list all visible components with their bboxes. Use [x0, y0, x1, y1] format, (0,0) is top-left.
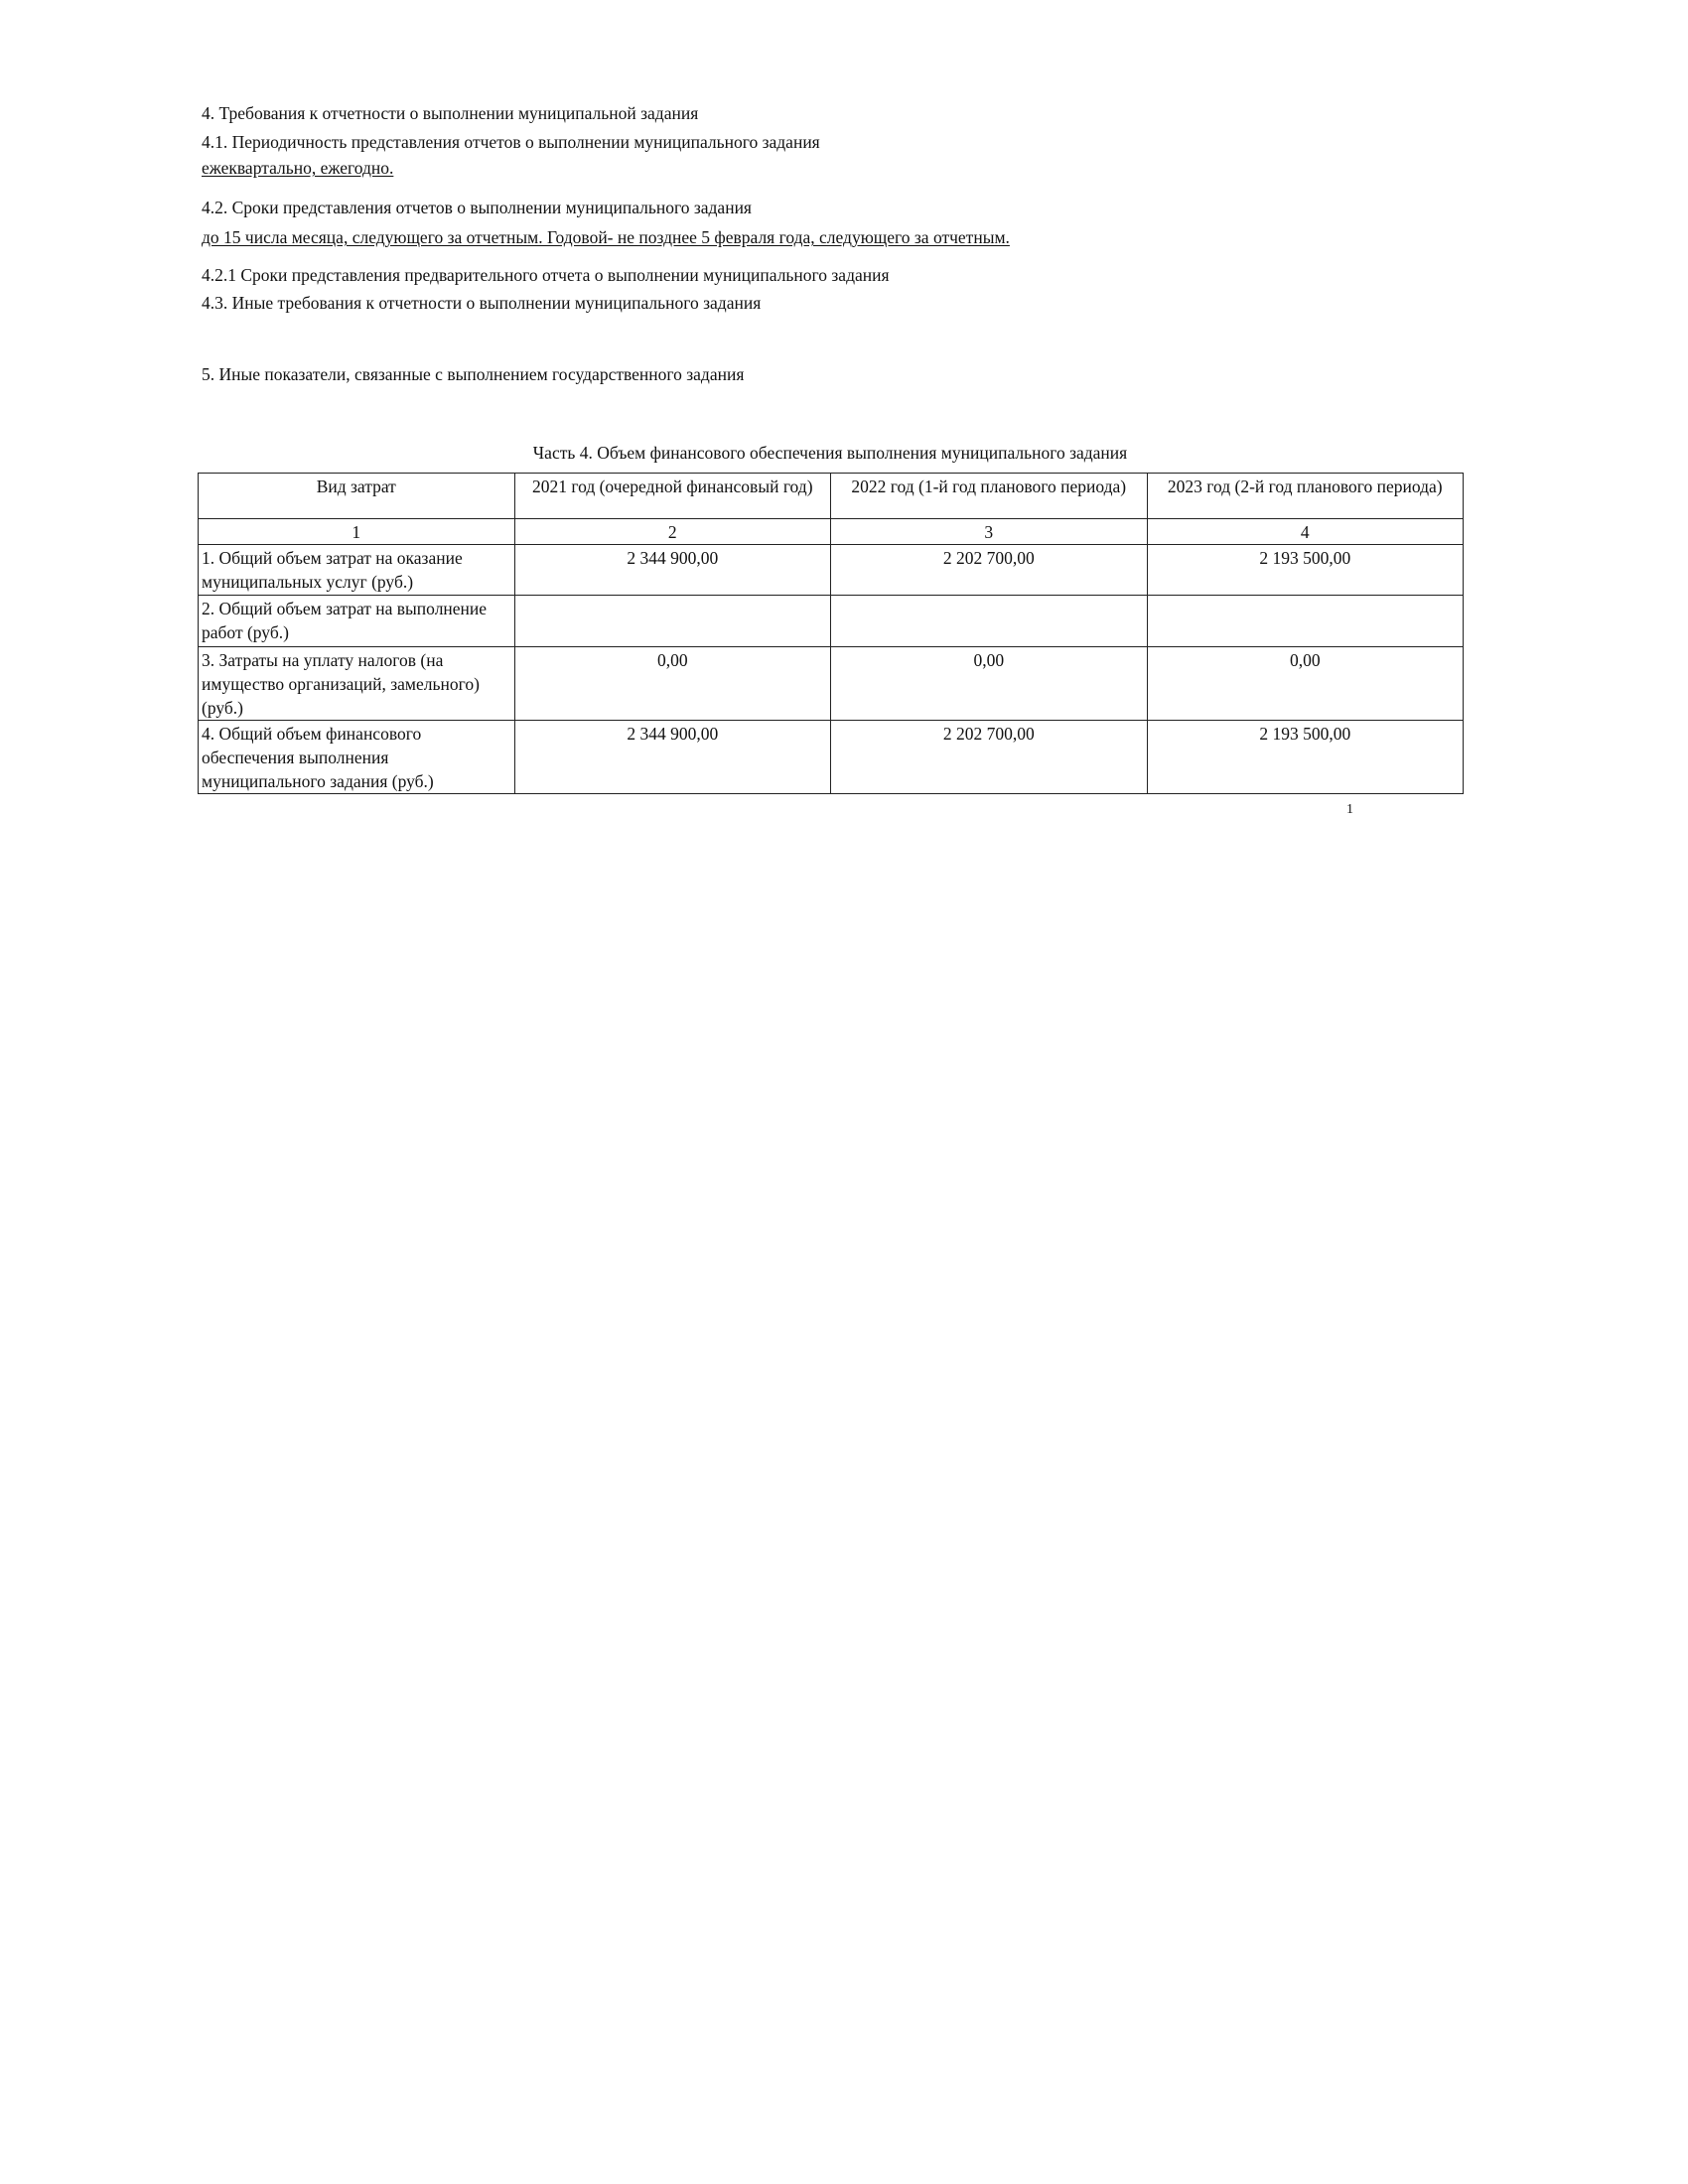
row-label: 1. Общий объем затрат на оказание муници…: [199, 545, 515, 596]
table-row: 3. Затраты на уплату налогов (на имущест…: [199, 647, 1464, 721]
value-2022: 2 202 700,00: [831, 721, 1148, 794]
column-number-row: 1 2 3 4: [199, 519, 1464, 545]
value-2023: 2 193 500,00: [1147, 545, 1464, 596]
other-requirements-label: 4.3. Иные требования к отчетности о выпо…: [202, 293, 761, 313]
header-cost-type: Вид затрат: [199, 474, 515, 519]
periodicity-value: ежеквартально, ежегодно.: [202, 158, 393, 178]
value-2023: 0,00: [1147, 647, 1464, 721]
value-2022: 0,00: [831, 647, 1148, 721]
preliminary-report-label: 4.2.1 Сроки представления предварительно…: [202, 265, 890, 285]
periodicity-label: 4.1. Периодичность представления отчетов…: [202, 132, 820, 152]
deadlines-label: 4.2. Сроки представления отчетов о выпол…: [202, 198, 752, 217]
column-number: 4: [1147, 519, 1464, 545]
value-2022: 2 202 700,00: [831, 545, 1148, 596]
section-5-title: 5. Иные показатели, связанные с выполнен…: [202, 364, 744, 384]
section-4-title: 4. Требования к отчетности о выполнении …: [202, 103, 698, 123]
value-2023: 2 193 500,00: [1147, 721, 1464, 794]
header-2021: 2021 год (очередной финансовый год): [514, 474, 831, 519]
value-2022: [831, 596, 1148, 647]
row-label: 2. Общий объем затрат на выполнение рабо…: [199, 596, 515, 647]
page-number: 1: [1346, 802, 1353, 818]
column-number: 1: [199, 519, 515, 545]
value-2021: 0,00: [514, 647, 831, 721]
row-label: 3. Затраты на уплату налогов (на имущест…: [199, 647, 515, 721]
table-header-row: Вид затрат 2021 год (очередной финансовы…: [199, 474, 1464, 519]
financial-support-table: Вид затрат 2021 год (очередной финансовы…: [198, 473, 1464, 794]
value-2021: 2 344 900,00: [514, 545, 831, 596]
header-2023: 2023 год (2-й год планового периода): [1147, 474, 1464, 519]
column-number: 2: [514, 519, 831, 545]
header-2022: 2022 год (1-й год планового периода): [831, 474, 1148, 519]
value-2023: [1147, 596, 1464, 647]
value-2021: [514, 596, 831, 647]
part-4-caption: Часть 4. Объем финансового обеспечения в…: [198, 443, 1463, 463]
row-label: 4. Общий объем финансового обеспечения в…: [199, 721, 515, 794]
table-row: 1. Общий объем затрат на оказание муници…: [199, 545, 1464, 596]
column-number: 3: [831, 519, 1148, 545]
value-2021: 2 344 900,00: [514, 721, 831, 794]
deadlines-value: до 15 числа месяца, следующего за отчетн…: [202, 227, 1010, 247]
table-row: 4. Общий объем финансового обеспечения в…: [199, 721, 1464, 794]
table-row: 2. Общий объем затрат на выполнение рабо…: [199, 596, 1464, 647]
